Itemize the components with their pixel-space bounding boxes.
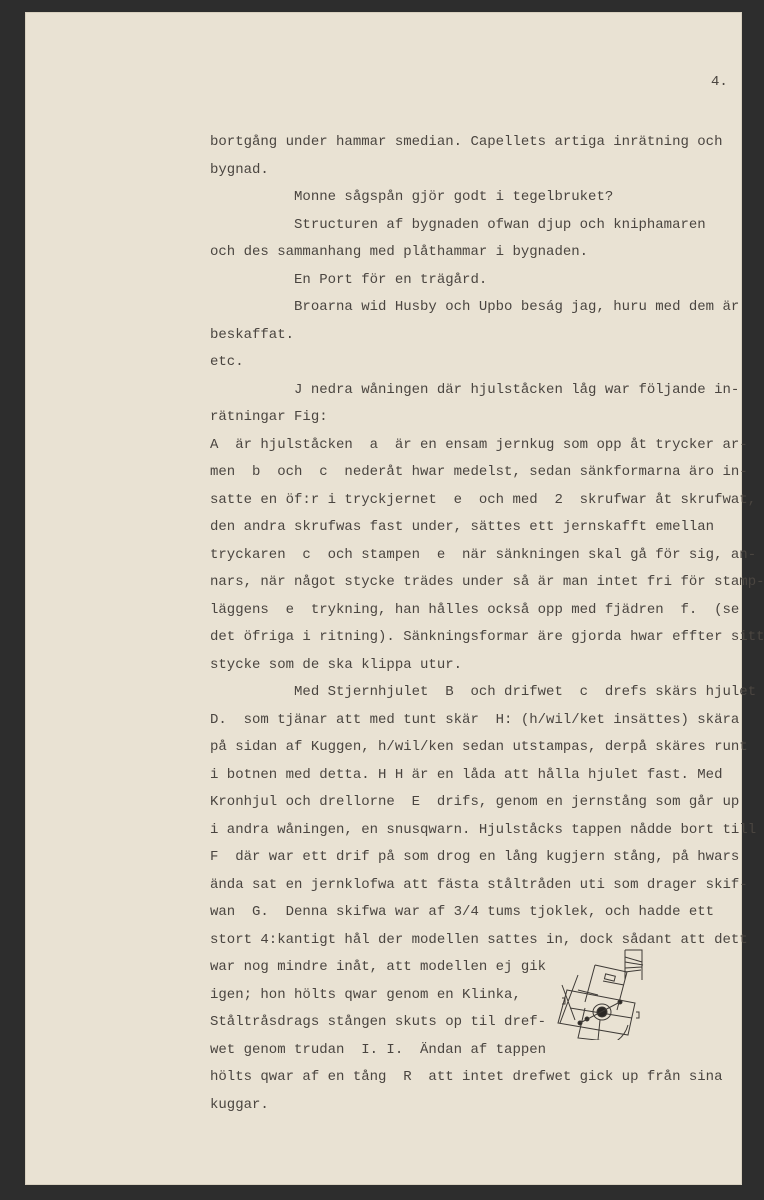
text-line: bygnad. [210, 157, 750, 185]
text-line: läggens e trykning, han hålles också opp… [210, 597, 750, 625]
text-line: etc. [210, 349, 750, 377]
text-line: F där war ett drif på som drog en lång k… [210, 844, 750, 872]
document-page: 4. bortgång under hammar smedian. Capell… [25, 12, 742, 1185]
text-line: Broarna wid Husby och Upbo beság jag, hu… [210, 294, 750, 322]
text-line: wet genom trudan I. I. Ändan af tappen [210, 1037, 750, 1065]
text-line: war nog mindre inåt, att modellen ej gik [210, 954, 750, 982]
text-line: och des sammanhang med plåthammar i bygn… [210, 239, 750, 267]
text-line: bortgång under hammar smedian. Capellets… [210, 129, 750, 157]
text-line: på sidan af Kuggen, h/wil/ken sedan utst… [210, 734, 750, 762]
text-line: tryckaren c och stampen e när sänkningen… [210, 542, 750, 570]
typewritten-body: bortgång under hammar smedian. Capellets… [210, 129, 750, 1119]
text-line: den andra skrufwas fast under, sättes et… [210, 514, 750, 542]
text-line: J nedra wåningen där hjulståcken låg war… [210, 377, 750, 405]
text-line: kuggar. [210, 1092, 750, 1120]
text-line: i andra wåningen, en snusqwarn. Hjulståc… [210, 817, 750, 845]
text-line: stycke som de ska klippa utur. [210, 652, 750, 680]
text-line: Structuren af bygnaden ofwan djup och kn… [210, 212, 750, 240]
text-line: wan G. Denna skifwa war af 3/4 tums tjok… [210, 899, 750, 927]
text-line: En Port för en trägård. [210, 267, 750, 295]
text-line: Kronhjul och drellorne E drifs, genom en… [210, 789, 750, 817]
text-line: nars, när något stycke trädes under så ä… [210, 569, 750, 597]
text-line: D. som tjänar att med tunt skär H: (h/wi… [210, 707, 750, 735]
text-line: satte en öf:r i tryckjernet e och med 2 … [210, 487, 750, 515]
text-line: igen; hon hölts qwar genom en Klinka, [210, 982, 750, 1010]
text-line: hölts qwar af en tång R att intet drefwe… [210, 1064, 750, 1092]
text-line: rätningar Fig: [210, 404, 750, 432]
text-line: A är hjulståcken a är en ensam jernkug s… [210, 432, 750, 460]
text-line: i botnen med detta. H H är en låda att h… [210, 762, 750, 790]
text-line: ända sat en jernklofwa att fästa ståltrå… [210, 872, 750, 900]
text-line: det öfriga i ritning). Sänkningsformar ä… [210, 624, 750, 652]
text-line: stort 4:kantigt hål der modellen sattes … [210, 927, 750, 955]
text-line: Med Stjernhjulet B och drifwet c drefs s… [210, 679, 750, 707]
text-line: men b och c nederåt hwar medelst, sedan … [210, 459, 750, 487]
page-number: 4. [711, 74, 728, 90]
text-line: beskaffat. [210, 322, 750, 350]
mechanical-diagram-icon [540, 940, 650, 1040]
text-line: Ståltråsdrags stången skuts op til dref- [210, 1009, 750, 1037]
text-line: Monne sågspån gjör godt i tegelbruket? [210, 184, 750, 212]
